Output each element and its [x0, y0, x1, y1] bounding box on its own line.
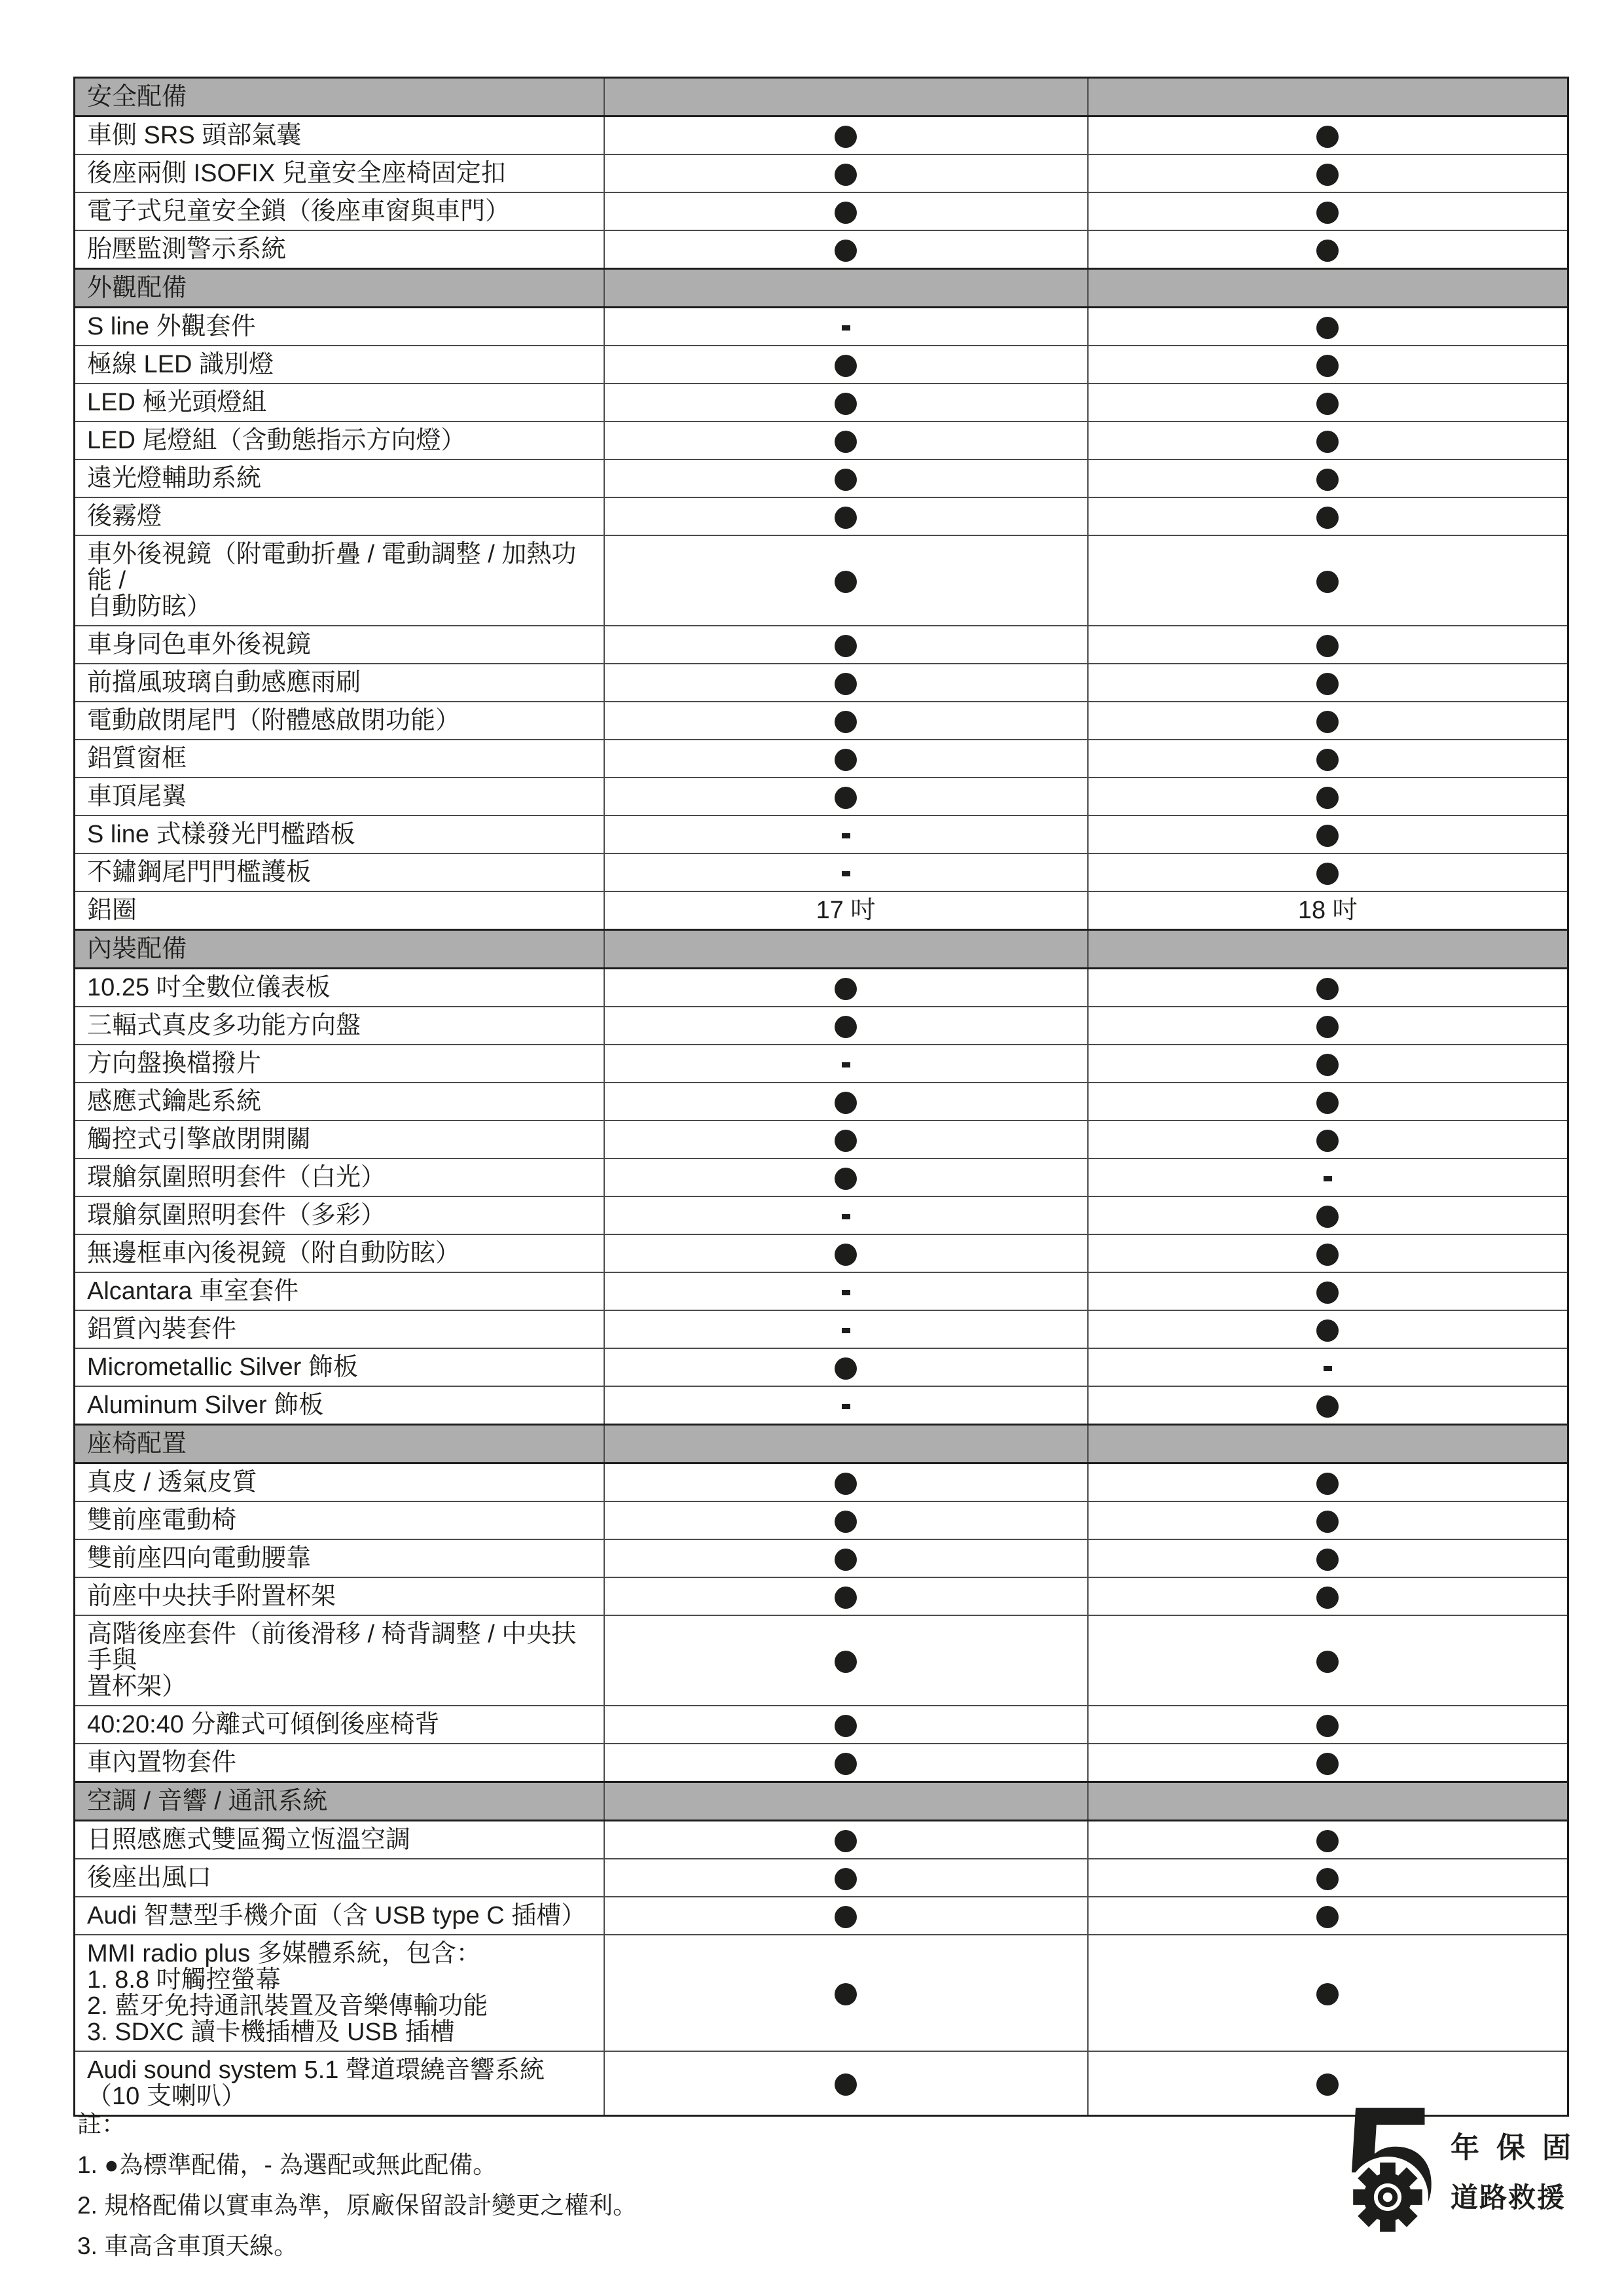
trim2-value: [1088, 535, 1568, 626]
trim2-value: [1088, 1821, 1568, 1859]
trim1-value: [604, 459, 1088, 497]
trim2-value: [1088, 664, 1568, 702]
standard-dot-icon: [835, 635, 857, 657]
standard-dot-icon: [1316, 1016, 1339, 1038]
section-empty-cell: [604, 1425, 1088, 1463]
trim1-value: [604, 1859, 1088, 1897]
section-title: 內裝配備: [75, 930, 604, 969]
feature-label: MMI radio plus 多媒體系統，包含： 1. 8.8 吋觸控螢幕 2.…: [75, 1935, 604, 2051]
trim2-value: [1088, 117, 1568, 155]
standard-dot-icon: [835, 1868, 857, 1890]
trim2-value: [1088, 1897, 1568, 1935]
standard-dot-icon: [835, 1983, 857, 2005]
standard-dot-icon: [835, 1906, 857, 1928]
optional-dash-icon: [842, 871, 850, 876]
section-title: 安全配備: [75, 78, 604, 117]
feature-label: 前擋風玻璃自動感應雨刷: [75, 664, 604, 702]
trim1-value: [604, 664, 1088, 702]
trim1-value: [604, 117, 1088, 155]
spec-row: Micrometallic Silver 飾板: [75, 1348, 1568, 1386]
standard-dot-icon: [835, 1587, 857, 1609]
standard-dot-icon: [835, 1651, 857, 1673]
warranty-years-label: 年保固: [1451, 2124, 1588, 2166]
feature-label: 遠光燈輔助系統: [75, 459, 604, 497]
trim2-value: [1088, 1501, 1568, 1539]
standard-dot-icon: [835, 1016, 857, 1038]
standard-dot-icon: [1316, 825, 1339, 847]
standard-dot-icon: [835, 1715, 857, 1737]
feature-label: 車外後視鏡（附電動折疊 / 電動調整 / 加熱功能 / 自動防眩）: [75, 535, 604, 626]
spec-row: 40:20:40 分離式可傾倒後座椅背: [75, 1706, 1568, 1744]
standard-dot-icon: [835, 978, 857, 1000]
feature-label: LED 極光頭燈組: [75, 384, 604, 422]
trim2-value: [1088, 626, 1568, 664]
standard-dot-icon: [835, 1830, 857, 1852]
standard-dot-icon: [835, 1753, 857, 1775]
spec-row: 無邊框車內後視鏡（附自動防眩）: [75, 1234, 1568, 1272]
feature-label: 車側 SRS 頭部氣囊: [75, 117, 604, 155]
feature-label: 雙前座四向電動腰靠: [75, 1539, 604, 1577]
trim2-value: [1088, 740, 1568, 778]
trim1-value: [604, 422, 1088, 459]
section-row: 內裝配備: [75, 930, 1568, 969]
section-empty-cell: [1088, 78, 1568, 117]
standard-dot-icon: [1316, 1473, 1339, 1495]
trim2-value: [1088, 1744, 1568, 1782]
feature-label: 車內置物套件: [75, 1744, 604, 1782]
standard-dot-icon: [1316, 1282, 1339, 1304]
trim2-value: [1088, 1859, 1568, 1897]
standard-dot-icon: [1316, 571, 1339, 593]
spec-row: 極線 LED 識別燈: [75, 346, 1568, 384]
spec-row: 前擋風玻璃自動感應雨刷: [75, 664, 1568, 702]
trim1-value: [604, 1348, 1088, 1386]
trim1-value: [604, 969, 1088, 1007]
spec-row: 鋁質內裝套件: [75, 1310, 1568, 1348]
section-row: 安全配備: [75, 78, 1568, 117]
standard-dot-icon: [835, 2073, 857, 2096]
trim2-value: 18 吋: [1088, 891, 1568, 930]
trim1-value: [604, 702, 1088, 740]
trim2-value: [1088, 1272, 1568, 1310]
spec-row: 電動啟閉尾門（附體感啟閉功能）: [75, 702, 1568, 740]
standard-dot-icon: [835, 507, 857, 529]
trim1-value: [604, 816, 1088, 853]
trim2-value: [1088, 459, 1568, 497]
section-row: 外觀配備: [75, 269, 1568, 308]
standard-dot-icon: [1316, 1868, 1339, 1890]
trim2-value: [1088, 1935, 1568, 2051]
trim2-value: [1088, 497, 1568, 535]
trim1-value: [604, 346, 1088, 384]
spec-row: 雙前座電動椅: [75, 1501, 1568, 1539]
section-row: 空調 / 音響 / 通訊系統: [75, 1782, 1568, 1821]
standard-dot-icon: [835, 673, 857, 695]
standard-dot-icon: [1316, 711, 1339, 733]
trim2-value: [1088, 853, 1568, 891]
standard-dot-icon: [835, 1092, 857, 1114]
standard-dot-icon: [1316, 431, 1339, 453]
feature-label: S line 式樣發光門檻踏板: [75, 816, 604, 853]
trim1-value: [604, 1744, 1088, 1782]
trim2-value: [1088, 1196, 1568, 1234]
spec-row: 觸控式引擎啟閉開關: [75, 1121, 1568, 1158]
trim1-value: [604, 384, 1088, 422]
feature-label: 後座兩側 ISOFIX 兒童安全座椅固定扣: [75, 154, 604, 192]
feature-label: 車身同色車外後視鏡: [75, 626, 604, 664]
spec-row: 高階後座套件（前後滑移 / 椅背調整 / 中央扶手與 置杯架）: [75, 1615, 1568, 1706]
feature-label: 鋁圈: [75, 891, 604, 930]
feature-label: Aluminum Silver 飾板: [75, 1386, 604, 1425]
trim1-value: [604, 1272, 1088, 1310]
section-empty-cell: [1088, 269, 1568, 308]
spec-row: 鋁質窗框: [75, 740, 1568, 778]
section-title: 外觀配備: [75, 269, 604, 308]
trim1-value: [604, 1577, 1088, 1615]
trim2-value: [1088, 1463, 1568, 1502]
trim1-value: [604, 1234, 1088, 1272]
standard-dot-icon: [835, 202, 857, 224]
standard-dot-icon: [1316, 863, 1339, 885]
standard-dot-icon: [1316, 1511, 1339, 1533]
spec-row: 車內置物套件: [75, 1744, 1568, 1782]
section-row: 座椅配置: [75, 1425, 1568, 1463]
spec-row: 前座中央扶手附置杯架: [75, 1577, 1568, 1615]
spec-row: 車身同色車外後視鏡: [75, 626, 1568, 664]
spec-row: 不鏽鋼尾門門檻護板: [75, 853, 1568, 891]
standard-dot-icon: [1316, 469, 1339, 491]
standard-dot-icon: [835, 711, 857, 733]
spec-row: MMI radio plus 多媒體系統，包含： 1. 8.8 吋觸控螢幕 2.…: [75, 1935, 1568, 2051]
standard-dot-icon: [1316, 1395, 1339, 1418]
spec-row: 後霧燈: [75, 497, 1568, 535]
trim1-value: [604, 1463, 1088, 1502]
standard-dot-icon: [835, 469, 857, 491]
trim2-value: [1088, 192, 1568, 230]
feature-label: 鋁質內裝套件: [75, 1310, 604, 1348]
spec-row: 感應式鑰匙系統: [75, 1083, 1568, 1121]
standard-dot-icon: [1316, 317, 1339, 339]
trim1-value: [604, 2051, 1088, 2116]
standard-dot-icon: [1316, 1983, 1339, 2005]
trim1-value: [604, 1158, 1088, 1196]
standard-dot-icon: [835, 787, 857, 809]
trim1-value: [604, 853, 1088, 891]
standard-dot-icon: [1316, 749, 1339, 771]
feature-label: 電動啟閉尾門（附體感啟閉功能）: [75, 702, 604, 740]
trim1-value: [604, 1310, 1088, 1348]
standard-dot-icon: [1316, 1319, 1339, 1342]
trim2-value: [1088, 1706, 1568, 1744]
standard-dot-icon: [835, 355, 857, 377]
feature-label: 胎壓監測警示系統: [75, 230, 604, 269]
spec-row: 雙前座四向電動腰靠: [75, 1539, 1568, 1577]
spec-row: 車頂尾翼: [75, 778, 1568, 816]
trim1-value: [604, 1539, 1088, 1577]
optional-dash-icon: [842, 1062, 850, 1067]
gear-icon: [1344, 2154, 1431, 2240]
trim2-value: [1088, 384, 1568, 422]
feature-label: 雙前座電動椅: [75, 1501, 604, 1539]
feature-label: 後霧燈: [75, 497, 604, 535]
spec-row: LED 尾燈組（含動態指示方向燈）: [75, 422, 1568, 459]
standard-dot-icon: [835, 126, 857, 148]
trim2-value: [1088, 1158, 1568, 1196]
trim1-value: [604, 308, 1088, 346]
trim2-value: [1088, 1348, 1568, 1386]
spec-row: LED 極光頭燈組: [75, 384, 1568, 422]
feature-label: Alcantara 車室套件: [75, 1272, 604, 1310]
spec-row: Aluminum Silver 飾板: [75, 1386, 1568, 1425]
section-empty-cell: [1088, 930, 1568, 969]
feature-label: 後座出風口: [75, 1859, 604, 1897]
trim2-value: [1088, 346, 1568, 384]
trim1-value: [604, 154, 1088, 192]
spec-row: 胎壓監測警示系統: [75, 230, 1568, 269]
feature-label: 方向盤換檔撥片: [75, 1045, 604, 1083]
feature-label: 電子式兒童安全鎖（後座車窗與車門）: [75, 192, 604, 230]
standard-dot-icon: [1316, 1206, 1339, 1228]
standard-dot-icon: [1316, 1549, 1339, 1571]
standard-dot-icon: [1316, 2073, 1339, 2096]
standard-dot-icon: [1316, 1715, 1339, 1737]
trim2-value: [1088, 1615, 1568, 1706]
feature-label: 真皮 / 透氣皮質: [75, 1463, 604, 1502]
spec-row: 日照感應式雙區獨立恆溫空調: [75, 1821, 1568, 1859]
standard-dot-icon: [1316, 393, 1339, 415]
spec-row: 車外後視鏡（附電動折疊 / 電動調整 / 加熱功能 / 自動防眩）: [75, 535, 1568, 626]
standard-dot-icon: [1316, 1092, 1339, 1114]
spec-table: 安全配備車側 SRS 頭部氣囊後座兩側 ISOFIX 兒童安全座椅固定扣電子式兒…: [73, 77, 1569, 2117]
feature-label: Audi 智慧型手機介面（含 USB type C 插槽）: [75, 1897, 604, 1935]
standard-dot-icon: [835, 1473, 857, 1495]
trim2-value: [1088, 1310, 1568, 1348]
trim1-value: [604, 1615, 1088, 1706]
trim2-value: [1088, 422, 1568, 459]
trim1-value: [604, 1045, 1088, 1083]
trim2-value: [1088, 230, 1568, 269]
optional-dash-icon: [842, 1328, 850, 1333]
trim2-value: [1088, 816, 1568, 853]
trim2-value: [1088, 969, 1568, 1007]
standard-dot-icon: [1316, 1587, 1339, 1609]
spec-row: Audi 智慧型手機介面（含 USB type C 插槽）: [75, 1897, 1568, 1935]
spec-row: 遠光燈輔助系統: [75, 459, 1568, 497]
standard-dot-icon: [1316, 126, 1339, 148]
spec-row: 10.25 吋全數位儀表板: [75, 969, 1568, 1007]
feature-label: 10.25 吋全數位儀表板: [75, 969, 604, 1007]
trim1-value: [604, 1501, 1088, 1539]
section-title: 空調 / 音響 / 通訊系統: [75, 1782, 604, 1821]
five-figure: 5: [1343, 2091, 1441, 2248]
section-title: 座椅配置: [75, 1425, 604, 1463]
standard-dot-icon: [1316, 1753, 1339, 1775]
standard-dot-icon: [1316, 635, 1339, 657]
standard-dot-icon: [835, 240, 857, 262]
standard-dot-icon: [835, 1549, 857, 1571]
spec-row: Alcantara 車室套件: [75, 1272, 1568, 1310]
standard-dot-icon: [835, 571, 857, 593]
standard-dot-icon: [1316, 355, 1339, 377]
spec-table-body: 安全配備車側 SRS 頭部氣囊後座兩側 ISOFIX 兒童安全座椅固定扣電子式兒…: [75, 78, 1568, 2116]
trim2-value: [1088, 778, 1568, 816]
standard-dot-icon: [1316, 240, 1339, 262]
trim2-value: [1088, 154, 1568, 192]
trim2-value: [1088, 1007, 1568, 1045]
standard-dot-icon: [1316, 1054, 1339, 1076]
standard-dot-icon: [835, 1357, 857, 1380]
standard-dot-icon: [1316, 507, 1339, 529]
standard-dot-icon: [1316, 978, 1339, 1000]
trim1-value: 17 吋: [604, 891, 1088, 930]
feature-label: 不鏽鋼尾門門檻護板: [75, 853, 604, 891]
optional-dash-icon: [842, 833, 850, 838]
section-empty-cell: [1088, 1425, 1568, 1463]
spec-row: 鋁圈17 吋18 吋: [75, 891, 1568, 930]
trim2-value: [1088, 308, 1568, 346]
spec-row: 環艙氛圍照明套件（白光）: [75, 1158, 1568, 1196]
warranty-text: 年保固 道路救援: [1451, 2124, 1588, 2215]
trim1-value: [604, 1121, 1088, 1158]
spec-row: 後座出風口: [75, 1859, 1568, 1897]
trim2-value: [1088, 1083, 1568, 1121]
trim1-value: [604, 1897, 1088, 1935]
standard-dot-icon: [1316, 673, 1339, 695]
feature-label: Micrometallic Silver 飾板: [75, 1348, 604, 1386]
feature-label: LED 尾燈組（含動態指示方向燈）: [75, 422, 604, 459]
notes-list: 1. ●為標準配備，- 為選配或無此配備。2. 規格配備以實車為準，原廠保留設計…: [77, 2145, 637, 2267]
spec-row: 車側 SRS 頭部氣囊: [75, 117, 1568, 155]
note-item: 1. ●為標準配備，- 為選配或無此配備。: [77, 2145, 637, 2185]
standard-dot-icon: [1316, 1651, 1339, 1673]
standard-dot-icon: [835, 393, 857, 415]
trim1-value: [604, 230, 1088, 269]
optional-dash-icon: [1324, 1176, 1332, 1181]
trim2-value: [1088, 1577, 1568, 1615]
section-empty-cell: [604, 930, 1088, 969]
trim2-value: [1088, 702, 1568, 740]
spec-row: 方向盤換檔撥片: [75, 1045, 1568, 1083]
standard-dot-icon: [1316, 1830, 1339, 1852]
standard-dot-icon: [1316, 1244, 1339, 1266]
trim2-value: [1088, 1539, 1568, 1577]
spec-row: 三輻式真皮多功能方向盤: [75, 1007, 1568, 1045]
feature-label: 鋁質窗框: [75, 740, 604, 778]
trim1-value: [604, 192, 1088, 230]
spec-row: 電子式兒童安全鎖（後座車窗與車門）: [75, 192, 1568, 230]
feature-label: 無邊框車內後視鏡（附自動防眩）: [75, 1234, 604, 1272]
optional-dash-icon: [1324, 1366, 1332, 1371]
trim2-value: [1088, 1121, 1568, 1158]
standard-dot-icon: [835, 1244, 857, 1266]
standard-dot-icon: [835, 749, 857, 771]
section-empty-cell: [604, 78, 1088, 117]
feature-label: 感應式鑰匙系統: [75, 1083, 604, 1121]
note-item: 2. 規格配備以實車為準，原廠保留設計變更之權利。: [77, 2185, 637, 2226]
standard-dot-icon: [1316, 1906, 1339, 1928]
standard-dot-icon: [1316, 164, 1339, 186]
trim2-value: [1088, 1045, 1568, 1083]
notes-heading: 註：: [77, 2104, 637, 2145]
trim1-value: [604, 740, 1088, 778]
spec-row: S line 外觀套件: [75, 308, 1568, 346]
optional-dash-icon: [842, 1214, 850, 1219]
standard-dot-icon: [835, 1130, 857, 1152]
note-item: 3. 車高含車頂天線。: [77, 2226, 637, 2267]
feature-label: 車頂尾翼: [75, 778, 604, 816]
spec-row: 真皮 / 透氣皮質: [75, 1463, 1568, 1502]
section-empty-cell: [604, 1782, 1088, 1821]
trim1-value: [604, 1386, 1088, 1425]
standard-dot-icon: [1316, 1130, 1339, 1152]
trim1-value: [604, 626, 1088, 664]
trim1-value: [604, 1196, 1088, 1234]
standard-dot-icon: [835, 164, 857, 186]
standard-dot-icon: [835, 1168, 857, 1190]
standard-dot-icon: [1316, 787, 1339, 809]
spec-row: S line 式樣發光門檻踏板: [75, 816, 1568, 853]
optional-dash-icon: [842, 1404, 850, 1409]
trim1-value: [604, 535, 1088, 626]
feature-label: 觸控式引擎啟閉開關: [75, 1121, 604, 1158]
feature-label: 環艙氛圍照明套件（白光）: [75, 1158, 604, 1196]
trim1-value: [604, 1706, 1088, 1744]
trim1-value: [604, 497, 1088, 535]
section-empty-cell: [1088, 1782, 1568, 1821]
trim2-value: [1088, 1386, 1568, 1425]
feature-label: 前座中央扶手附置杯架: [75, 1577, 604, 1615]
feature-label: 日照感應式雙區獨立恆溫空調: [75, 1821, 604, 1859]
trim1-value: [604, 1083, 1088, 1121]
roadside-assist-label: 道路救援: [1451, 2176, 1588, 2215]
feature-label: 高階後座套件（前後滑移 / 椅背調整 / 中央扶手與 置杯架）: [75, 1615, 604, 1706]
feature-label: S line 外觀套件: [75, 308, 604, 346]
section-empty-cell: [604, 269, 1088, 308]
spec-row: 環艙氛圍照明套件（多彩）: [75, 1196, 1568, 1234]
spec-sheet: 安全配備車側 SRS 頭部氣囊後座兩側 ISOFIX 兒童安全座椅固定扣電子式兒…: [0, 0, 1624, 2296]
feature-label: 40:20:40 分離式可傾倒後座椅背: [75, 1706, 604, 1744]
trim2-value: [1088, 1234, 1568, 1272]
optional-dash-icon: [842, 1290, 850, 1295]
notes: 註： 1. ●為標準配備，- 為選配或無此配備。2. 規格配備以實車為準，原廠保…: [77, 2104, 637, 2267]
trim1-value: [604, 1821, 1088, 1859]
trim1-value: [604, 1007, 1088, 1045]
feature-label: 環艙氛圍照明套件（多彩）: [75, 1196, 604, 1234]
feature-label: 極線 LED 識別燈: [75, 346, 604, 384]
trim1-value: [604, 1935, 1088, 2051]
spec-row: 後座兩側 ISOFIX 兒童安全座椅固定扣: [75, 154, 1568, 192]
standard-dot-icon: [835, 431, 857, 453]
standard-dot-icon: [1316, 202, 1339, 224]
trim1-value: [604, 778, 1088, 816]
feature-label: 三輻式真皮多功能方向盤: [75, 1007, 604, 1045]
optional-dash-icon: [842, 325, 850, 331]
warranty-badge: 5 年保固 道路救援: [1343, 2089, 1569, 2250]
standard-dot-icon: [835, 1511, 857, 1533]
